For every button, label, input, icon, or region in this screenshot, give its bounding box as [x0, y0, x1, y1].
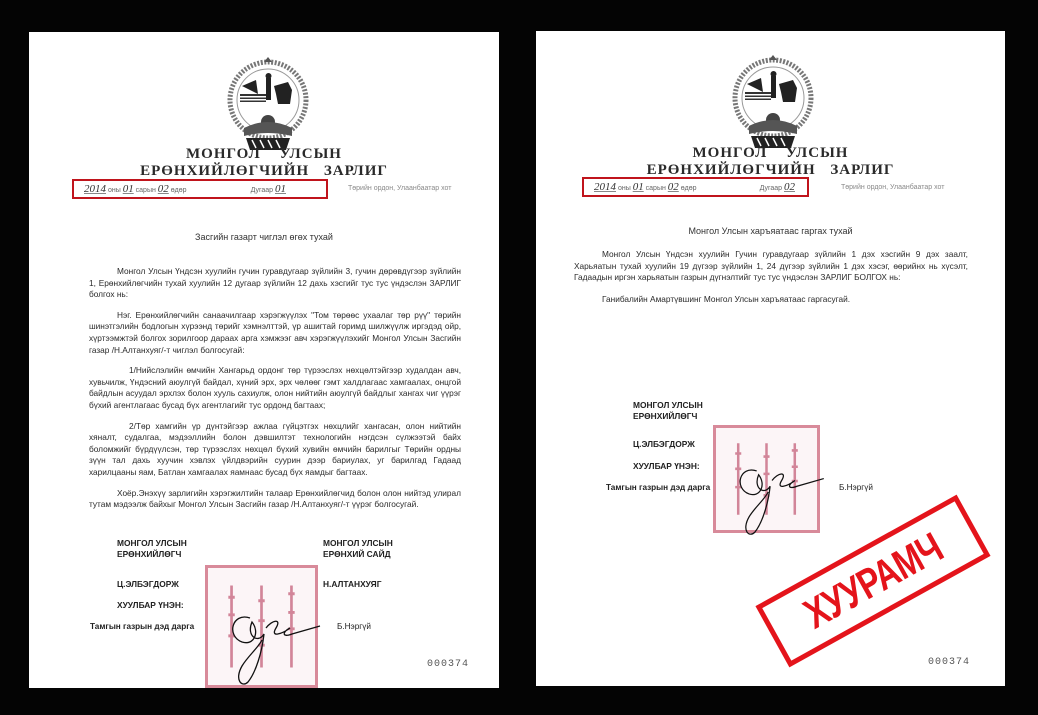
date-year: 2014 — [84, 183, 106, 195]
serial-number: 000374 — [928, 657, 970, 668]
number-value: 01 — [275, 183, 286, 195]
date-day: 02 — [158, 183, 169, 195]
day-label: өдөр — [681, 185, 697, 192]
serial-number: 000374 — [427, 659, 469, 670]
paragraph: Хоёр.Энэхүү зарлигийн хэрэгжилтийн талаа… — [89, 488, 461, 511]
year-label: оны — [618, 185, 631, 192]
highlighted-date-number-box: 2014 оны 01 сарын 02 өдөр Дугаар 02 — [582, 177, 809, 197]
number-label: Дугаар — [251, 187, 273, 194]
prime-minister-title: МОНГОЛ УЛСЫН ЕРӨНХИЙ САЙД — [323, 538, 393, 560]
number-value: 02 — [784, 181, 795, 193]
issue-place: Төрийн ордон, Улаанбаатар хот — [348, 185, 451, 192]
president-title: МОНГОЛ УЛСЫН ЕРӨНХИЙЛӨГЧ — [117, 538, 187, 560]
president-name: Ц.ЭЛБЭГДОРЖ — [117, 579, 179, 590]
decree-title: Монгол Улсын харъяатаас гаргах тухай — [536, 226, 1005, 236]
decree-date: 2014 оны 01 сарын 02 өдөр — [594, 181, 697, 193]
president-name: Ц.ЭЛБЭГДОРЖ — [633, 439, 695, 450]
decree-header: МОНГОЛ УЛСЫН ЕРӨНХИЙЛӨГЧИЙН ЗАРЛИГ — [536, 145, 1005, 179]
decree-body: Монгол Улсын Үндсэн хуулийн гучин гуравд… — [89, 266, 461, 520]
day-label: өдөр — [171, 187, 187, 194]
header-line-1: МОНГОЛ УЛСЫН — [29, 146, 499, 163]
highlighted-date-number-box: 2014 оны 01 сарын 02 өдөр Дугаар 01 — [72, 179, 328, 199]
state-emblem-icon — [727, 54, 819, 150]
office-deputy-label: Тамгын газрын дэд дарга — [606, 482, 710, 493]
month-label: сарын — [136, 187, 156, 194]
president-title: МОНГОЛ УЛСЫН ЕРӨНХИЙЛӨГЧ — [633, 400, 703, 422]
office-deputy-name: Б.Нэргүй — [839, 482, 873, 493]
number-label: Дугаар — [760, 185, 782, 192]
date-year: 2014 — [594, 181, 616, 193]
paragraph: Нэг. Ерөнхийлөгчийн санаачилгаар хэрэгжү… — [89, 310, 461, 356]
state-emblem-icon — [222, 56, 314, 152]
decree-document-fake: МОНГОЛ УЛСЫН ЕРӨНХИЙЛӨГЧИЙН ЗАРЛИГ 2014 … — [536, 31, 1005, 686]
paragraph: 2/Төр хамгийн үр дүнтэйгээр ажлаа гүйцэт… — [89, 421, 461, 479]
paragraph: Монгол Улсын Үндсэн хуулийн Гучин гуравд… — [574, 249, 968, 284]
issue-place: Төрийн ордон, Улаанбаатар хот — [841, 184, 944, 191]
decree-body: Монгол Улсын Үндсэн хуулийн Гучин гуравд… — [574, 249, 968, 315]
year-label: оны — [108, 187, 121, 194]
fake-stamp-label: ХУУРАМЧ — [796, 524, 951, 639]
prime-minister-name: Н.АЛТАНХУЯГ — [323, 579, 381, 590]
office-deputy-label: Тамгын газрын дэд дарга — [90, 621, 194, 632]
header-line-2: ЕРӨНХИЙЛӨГЧИЙН ЗАРЛИГ — [29, 163, 499, 180]
office-deputy-name: Б.Нэргүй — [337, 621, 371, 632]
certified-copy-label: ХУУЛБАР ҮНЭН: — [633, 461, 700, 472]
date-month: 01 — [123, 183, 134, 195]
paragraph: 1/Нийслэлийн өмчийн Хангарьд ордонг төр … — [89, 365, 461, 411]
handwritten-signature — [212, 592, 322, 688]
paragraph: Монгол Улсын Үндсэн хуулийн гучин гуравд… — [89, 266, 461, 301]
decree-title: Засгийн газарт чиглэл өгөх тухай — [29, 232, 499, 242]
paragraph: Ганибалийн Амартүвшинг Монгол Улсын харъ… — [574, 294, 968, 306]
date-month: 01 — [633, 181, 644, 193]
date-day: 02 — [668, 181, 679, 193]
decree-date: 2014 оны 01 сарын 02 өдөр — [84, 183, 187, 195]
decree-header: МОНГОЛ УЛСЫН ЕРӨНХИЙЛӨГЧИЙН ЗАРЛИГ — [29, 146, 499, 180]
decree-number: Дугаар 02 — [760, 181, 795, 193]
decree-number: Дугаар 01 — [251, 183, 286, 195]
month-label: сарын — [646, 185, 666, 192]
header-line-1: МОНГОЛ УЛСЫН — [536, 145, 1005, 162]
handwritten-signature — [717, 446, 829, 538]
certified-copy-label: ХУУЛБАР ҮНЭН: — [117, 600, 184, 611]
decree-document-original: МОНГОЛ УЛСЫН ЕРӨНХИЙЛӨГЧИЙН ЗАРЛИГ 2014 … — [29, 32, 499, 688]
